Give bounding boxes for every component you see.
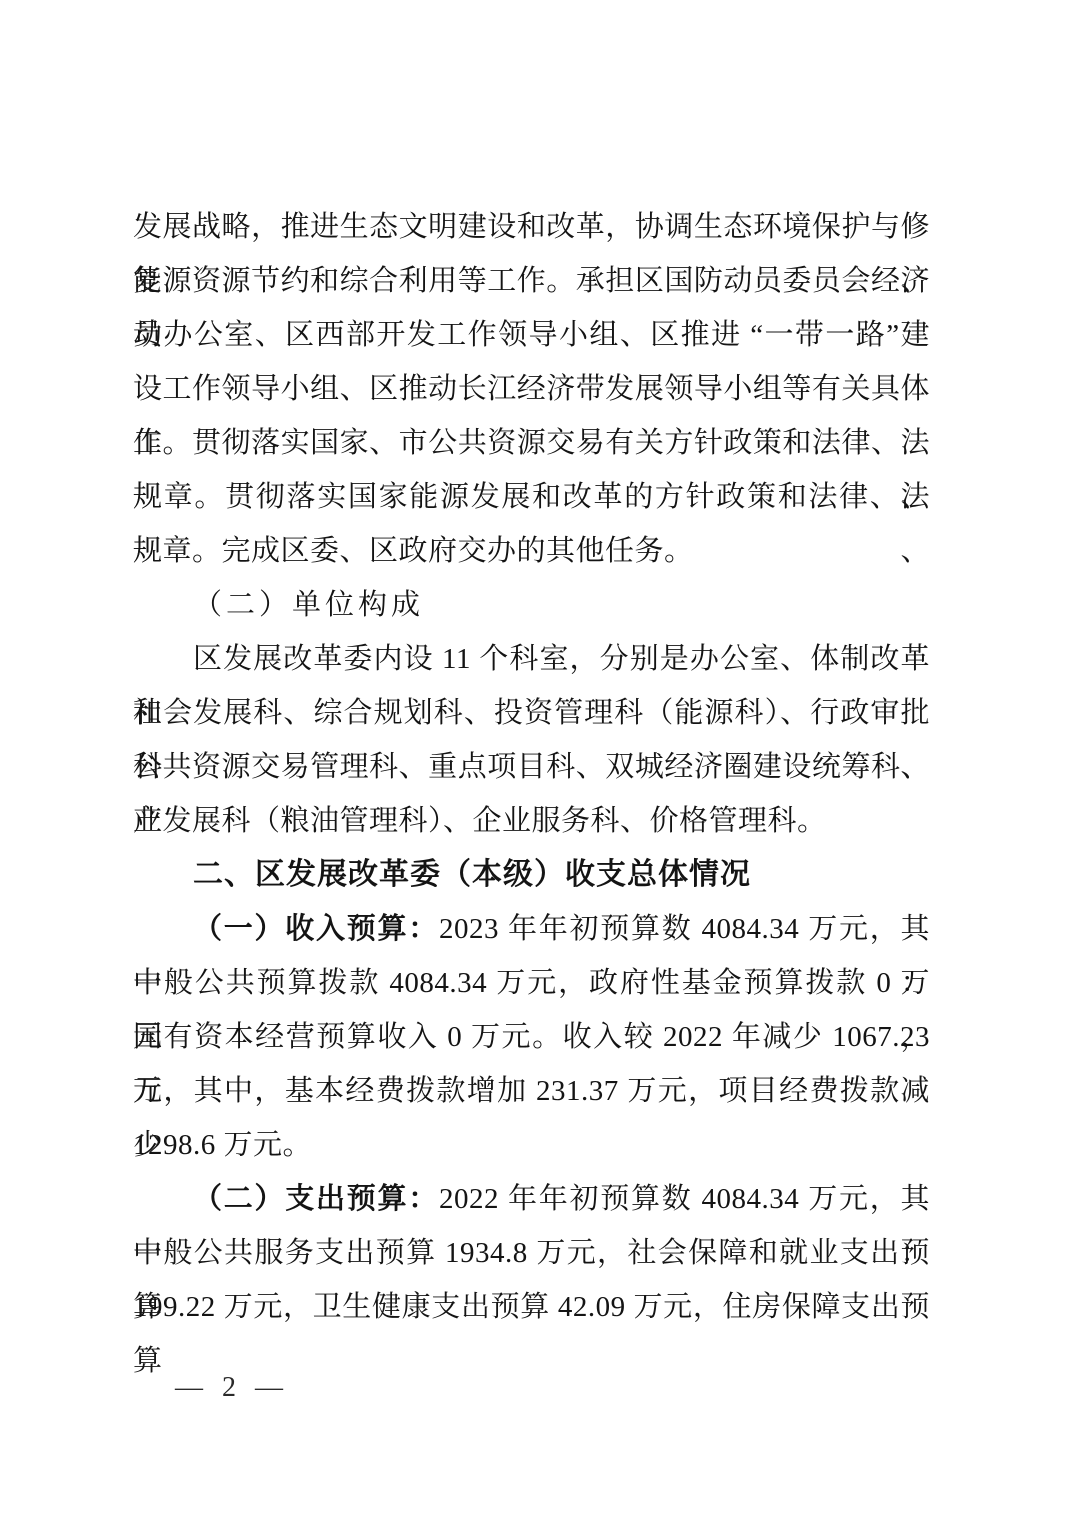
text-line: 社会发展科、综合规划科、投资管理科（能源科）、行政审批科、 xyxy=(133,686,930,740)
text-line: 员办公室、区西部开发工作领导小组、区推进 “一带一路”建 xyxy=(133,308,930,362)
expense-lead-label: （二）支出预算： xyxy=(193,1183,439,1215)
text-line: 国有资本经营预算收入 0 万元。收入较 2022 年减少 1067.23 万 xyxy=(133,1010,930,1064)
text-line: 作。贯彻落实国家、市公共资源交易有关方针政策和法律、法规、 xyxy=(133,416,930,470)
text-line: 1298.6 万元。 xyxy=(133,1118,930,1172)
text-line: 一般公共预算拨款 4084.34 万元，政府性基金预算拨款 0 万元， xyxy=(133,956,930,1010)
page-number: — 2 — xyxy=(175,1361,289,1415)
text-line: 规章。贯彻落实国家能源发展和改革的方针政策和法律、法规、 xyxy=(133,470,930,524)
text-line: （二）支出预算：2022 年年初预算数 4084.34 万元，其中： xyxy=(133,1172,930,1226)
text-line: 199.22 万元，卫生健康支出预算 42.09 万元，住房保障支出预算 xyxy=(133,1280,930,1334)
text-line: 业发展科（粮油管理科）、企业服务科、价格管理科。 xyxy=(133,794,930,848)
text-line: 发展战略，推进生态文明建设和改革，协调生态环境保护与修复、 xyxy=(133,200,930,254)
section-heading-overall-budget: 二、区发展改革委（本级）收支总体情况 xyxy=(133,848,930,902)
text-line: 公共资源交易管理科、重点项目科、双城经济圈建设统筹科、产 xyxy=(133,740,930,794)
text-line: 元，其中，基本经费拨款增加 231.37 万元，项目经费拨款减少 xyxy=(133,1064,930,1118)
text-line: （一）收入预算：2023 年年初预算数 4084.34 万元，其中： xyxy=(133,902,930,956)
document-page: 发展战略，推进生态文明建设和改革，协调生态环境保护与修复、 能源资源节约和综合利… xyxy=(0,0,1074,1520)
income-lead-label: （一）收入预算： xyxy=(193,913,439,945)
text-line: 一般公共服务支出预算 1934.8 万元，社会保障和就业支出预算 xyxy=(133,1226,930,1280)
page-body-text: 发展战略，推进生态文明建设和改革，协调生态环境保护与修复、 能源资源节约和综合利… xyxy=(133,200,930,1334)
text-line: 区发展改革委内设 11 个科室，分别是办公室、体制改革和 xyxy=(133,632,930,686)
text-line: 能源资源节约和综合利用等工作。承担区国防动员委员会经济动 xyxy=(133,254,930,308)
section-heading-unit-composition: （二）单位构成 xyxy=(133,578,930,632)
text-line: 设工作领导小组、区推动长江经济带发展领导小组等有关具体工 xyxy=(133,362,930,416)
